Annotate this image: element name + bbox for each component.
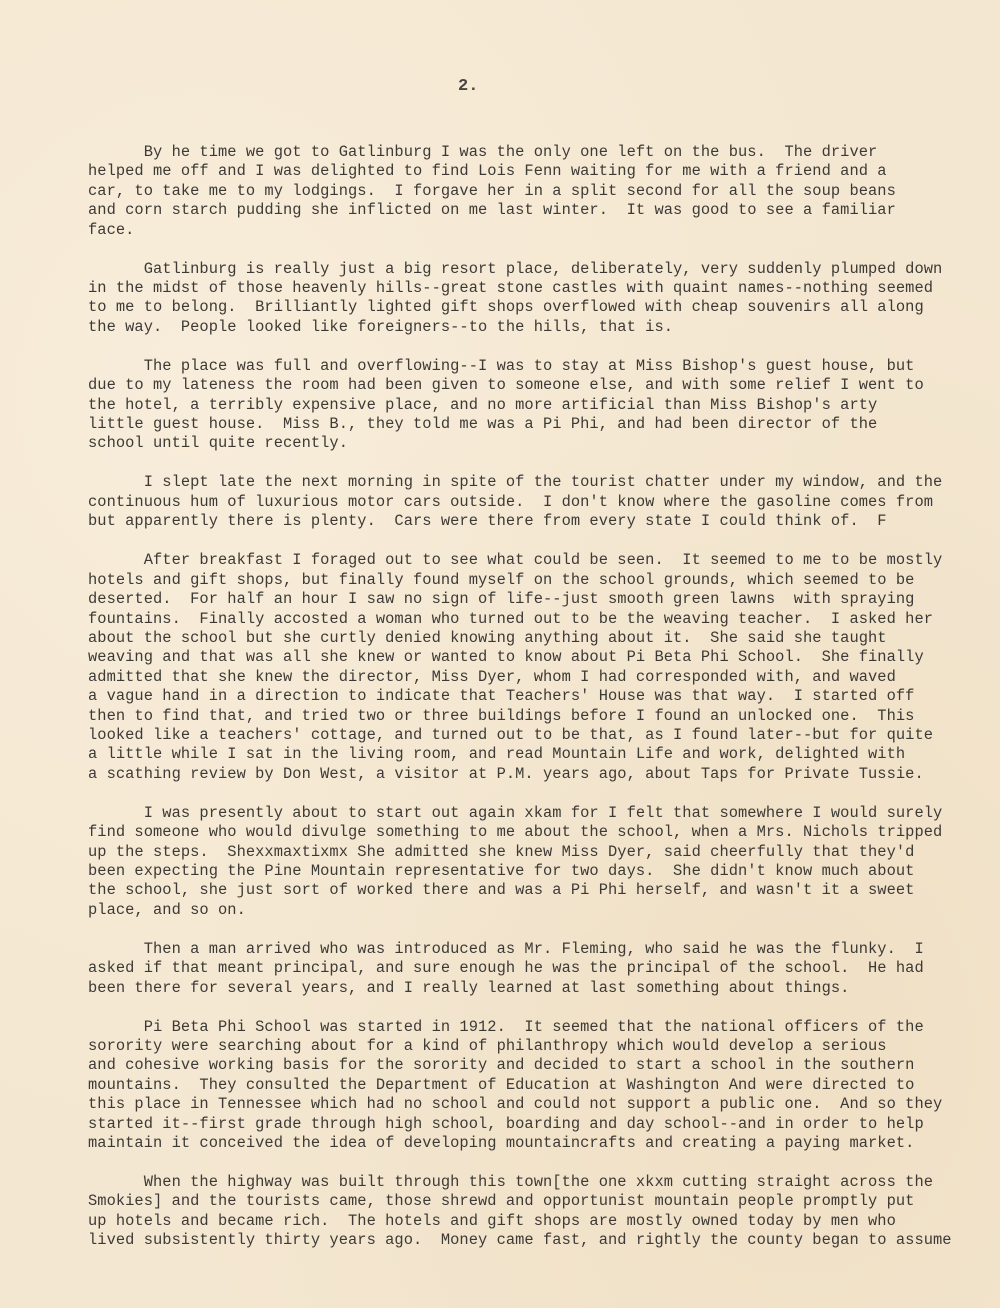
text-line: the way. People looked like foreigners--… (88, 318, 1000, 337)
text-line: this place in Tennessee which had no sch… (88, 1095, 1000, 1114)
text-line: but apparently there is plenty. Cars wer… (88, 512, 1000, 531)
text-line: Then a man arrived who was introduced as… (88, 940, 1000, 959)
text-line: helped me off and I was delighted to fin… (88, 162, 1000, 181)
text-line: weaving and that was all she knew or wan… (88, 648, 1000, 667)
text-line: been expecting the Pine Mountain represe… (88, 862, 1000, 881)
text-line: I slept late the next morning in spite o… (88, 473, 1000, 492)
text-line: due to my lateness the room had been giv… (88, 376, 1000, 395)
text-line: school until quite recently. (88, 434, 1000, 453)
text-line: I was presently about to start out again… (88, 804, 1000, 823)
text-line: and cohesive working basis for the soror… (88, 1056, 1000, 1075)
paragraph-morning: I slept late the next morning in spite o… (88, 473, 1000, 531)
text-line: mountains. They consulted the Department… (88, 1076, 1000, 1095)
text-line: Gatlinburg is really just a big resort p… (88, 260, 1000, 279)
text-line: After breakfast I foraged out to see wha… (88, 551, 1000, 570)
text-line: When the highway was built through this … (88, 1173, 1000, 1192)
text-line: car, to take me to my lodgings. I forgav… (88, 182, 1000, 201)
text-line: a scathing review by Don West, a visitor… (88, 765, 1000, 784)
text-line: the hotel, a terribly expensive place, a… (88, 396, 1000, 415)
text-line: find someone who would divulge something… (88, 823, 1000, 842)
text-line: a little while I sat in the living room,… (88, 745, 1000, 764)
text-line: in the midst of those heavenly hills--gr… (88, 279, 1000, 298)
text-line: place, and so on. (88, 901, 1000, 920)
text-line: a vague hand in a direction to indicate … (88, 687, 1000, 706)
text-line: to me to belong. Brilliantly lighted gif… (88, 298, 1000, 317)
text-line: and corn starch pudding she inflicted on… (88, 201, 1000, 220)
letter-body: By he time we got to Gatlinburg I was th… (88, 143, 1000, 1270)
text-line: up the steps. Shexxmaxtixmx She admitted… (88, 843, 1000, 862)
paragraph-highway: When the highway was built through this … (88, 1173, 1000, 1251)
text-line: asked if that meant principal, and sure … (88, 959, 1000, 978)
typewritten-page: 2. By he time we got to Gatlinburg I was… (0, 0, 1000, 1308)
text-line: looked like a teachers' cottage, and tur… (88, 726, 1000, 745)
paragraph-lodging: The place was full and overflowing--I wa… (88, 357, 1000, 454)
text-line: then to find that, and tried two or thre… (88, 707, 1000, 726)
text-line: Pi Beta Phi School was started in 1912. … (88, 1018, 1000, 1037)
page-number: 2. (458, 77, 478, 96)
text-line: fountains. Finally accosted a woman who … (88, 610, 1000, 629)
text-line: Smokies] and the tourists came, those sh… (88, 1192, 1000, 1211)
text-line: sorority were searching about for a kind… (88, 1037, 1000, 1056)
paragraph-mr-fleming: Then a man arrived who was introduced as… (88, 940, 1000, 998)
text-line: admitted that she knew the director, Mis… (88, 668, 1000, 687)
text-line: little guest house. Miss B., they told m… (88, 415, 1000, 434)
text-line: the school, she just sort of worked ther… (88, 881, 1000, 900)
text-line: maintain it conceived the idea of develo… (88, 1134, 1000, 1153)
paragraph-school-grounds: After breakfast I foraged out to see wha… (88, 551, 1000, 784)
text-line: started it--first grade through high sch… (88, 1115, 1000, 1134)
text-line: By he time we got to Gatlinburg I was th… (88, 143, 1000, 162)
paragraph-mrs-nichols: I was presently about to start out again… (88, 804, 1000, 920)
text-line: up hotels and became rich. The hotels an… (88, 1212, 1000, 1231)
text-line: hotels and gift shops, but finally found… (88, 571, 1000, 590)
text-line: about the school but she curtly denied k… (88, 629, 1000, 648)
paragraph-arrival: By he time we got to Gatlinburg I was th… (88, 143, 1000, 240)
text-line: been there for several years, and I real… (88, 979, 1000, 998)
paragraph-gatlinburg: Gatlinburg is really just a big resort p… (88, 260, 1000, 338)
text-line: deserted. For half an hour I saw no sign… (88, 590, 1000, 609)
text-line: The place was full and overflowing--I wa… (88, 357, 1000, 376)
text-line: face. (88, 221, 1000, 240)
text-line: lived subsistently thirty years ago. Mon… (88, 1231, 1000, 1250)
paragraph-school-history: Pi Beta Phi School was started in 1912. … (88, 1018, 1000, 1154)
text-line: continuous hum of luxurious motor cars o… (88, 493, 1000, 512)
